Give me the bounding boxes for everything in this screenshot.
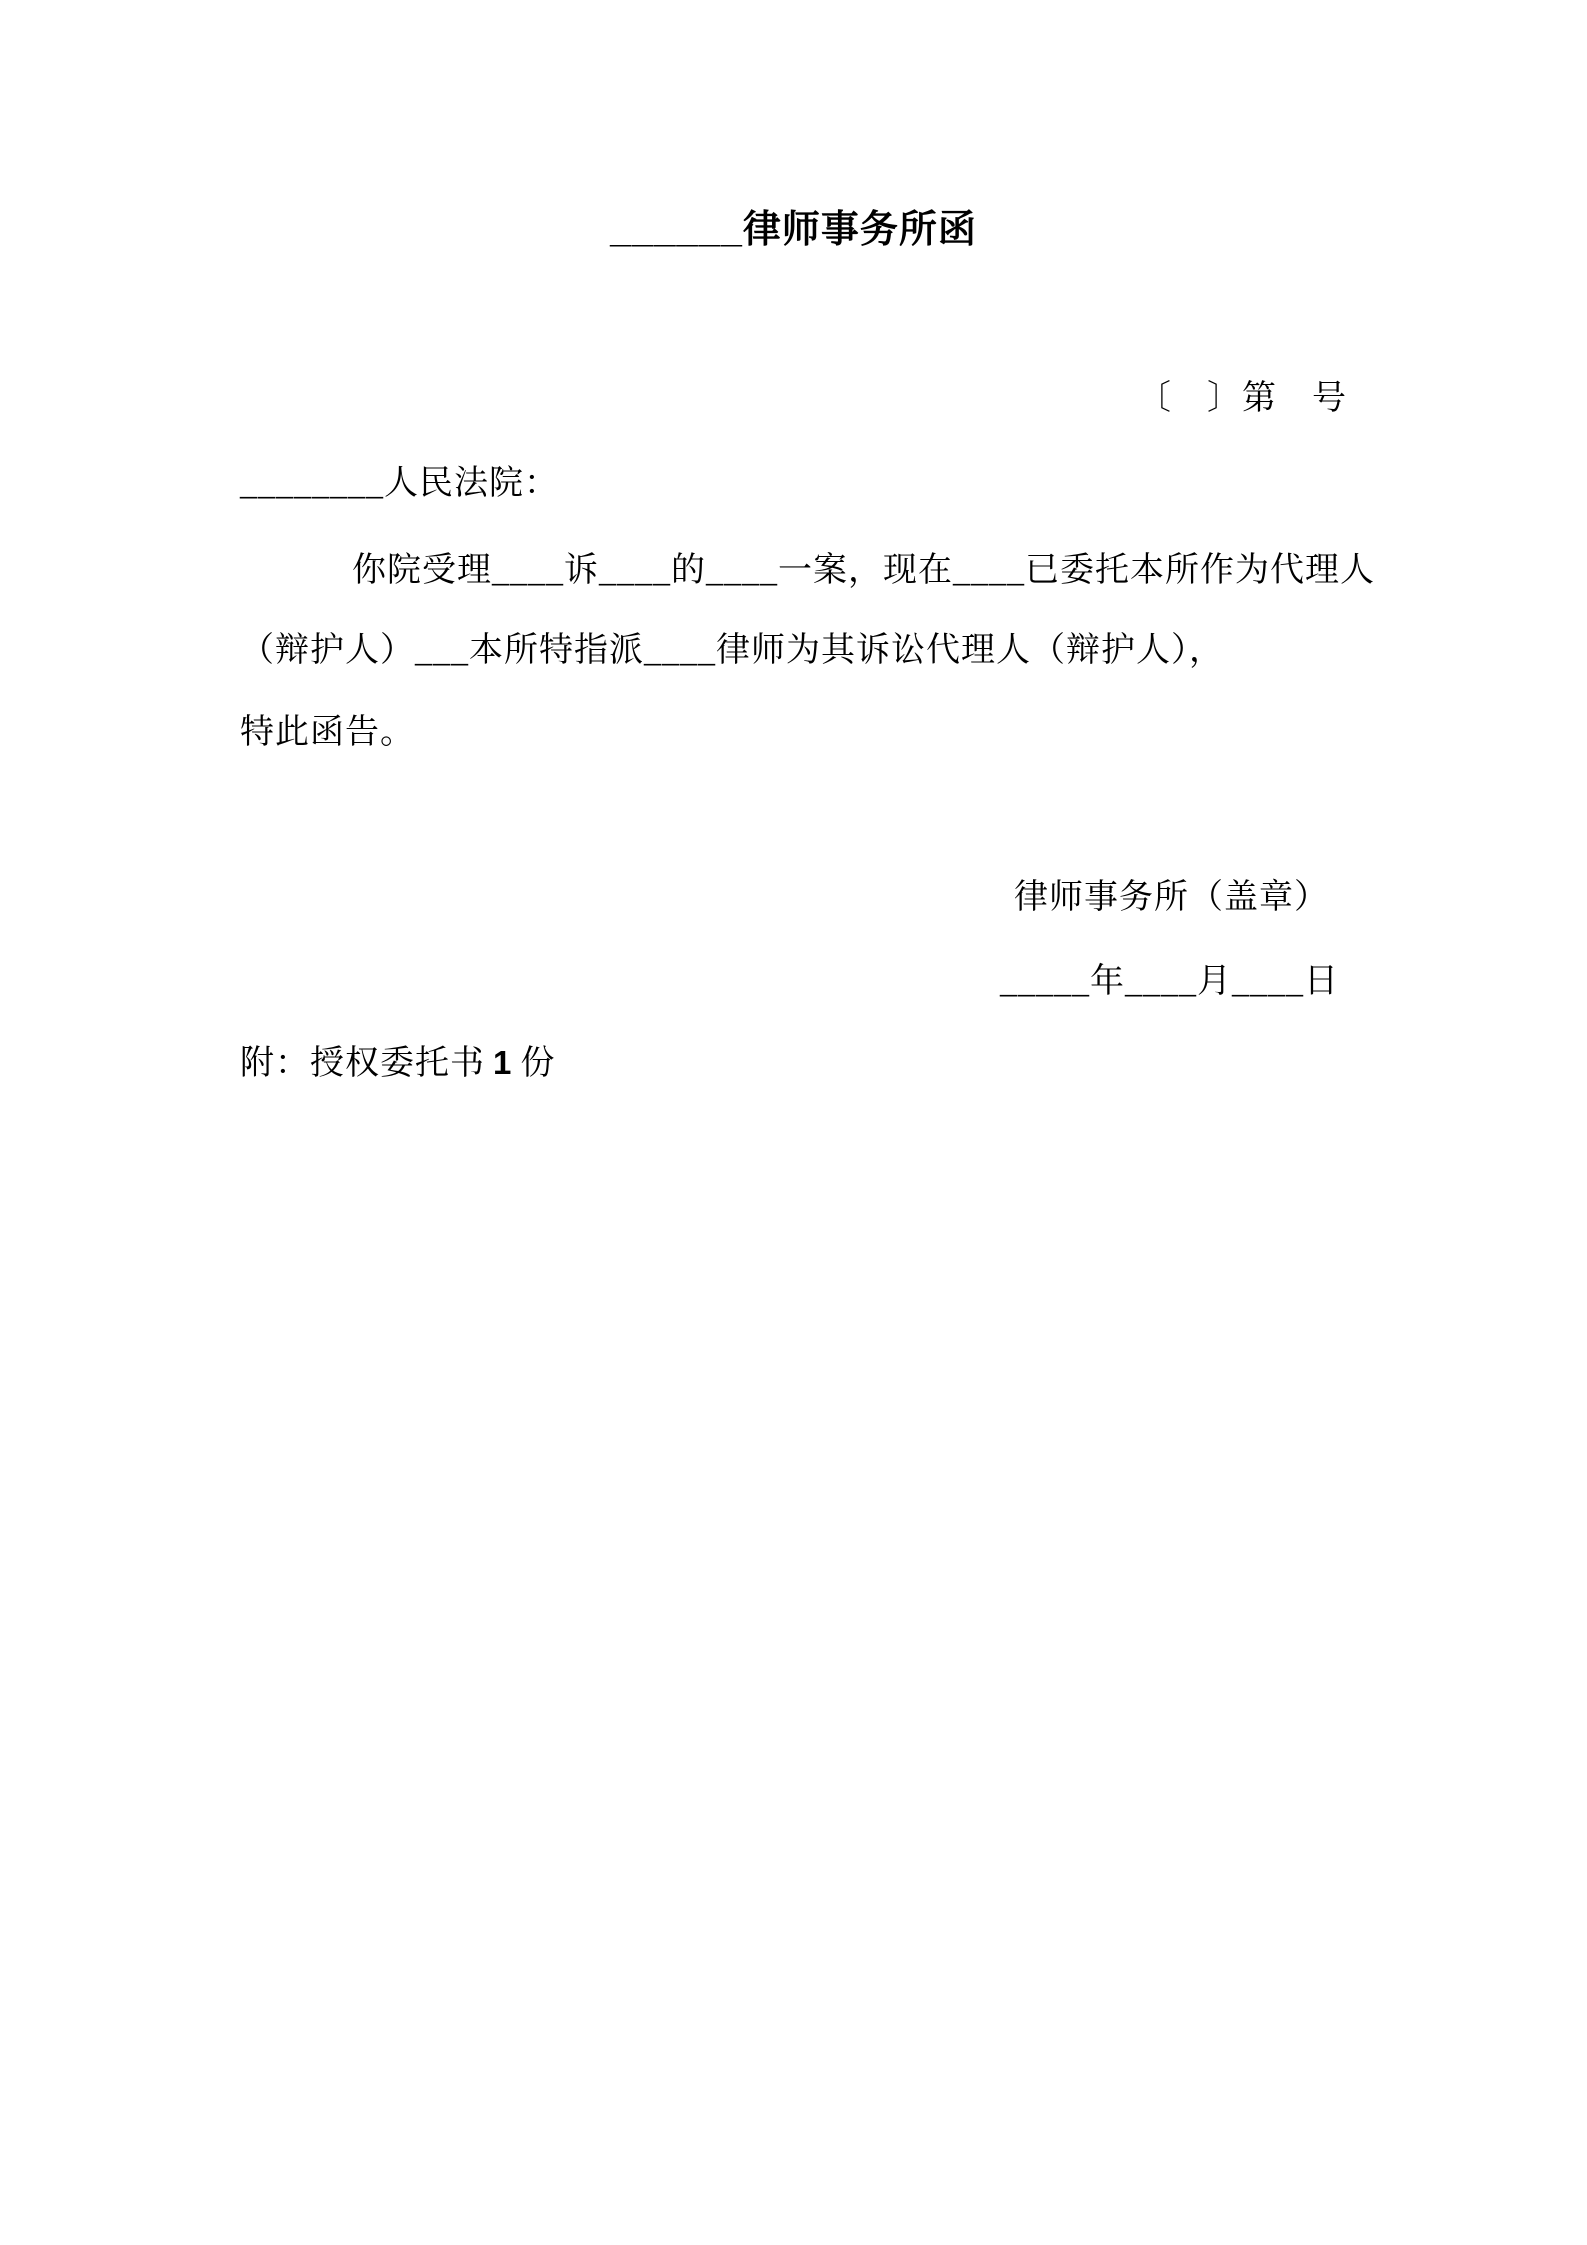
- signature-line: 律师事务所（盖章）: [240, 879, 1347, 916]
- attachment-count: 1: [493, 1044, 512, 1081]
- body-line-2: （辩护人）___本所特指派____律师为其诉讼代理人（辩护人），: [240, 632, 1347, 669]
- body-line-1: 你院受理____诉____的____一案，现在____已委托本所作为代理人: [240, 552, 1347, 589]
- document-title: ______律师事务所函: [240, 210, 1347, 252]
- attachment-unit: 份: [520, 1045, 555, 1082]
- letter-page: ______律师事务所函 〔 〕第 号 ________人民法院： 你院受理__…: [0, 0, 1587, 2245]
- attachment-line: 附：授权委托书1份: [240, 1045, 1347, 1082]
- court-address-line: ________人民法院：: [240, 465, 1347, 502]
- document-number-line: 〔 〕第 号: [240, 380, 1347, 417]
- date-line: _____年____月____日: [240, 963, 1347, 1000]
- body-line-3: 特此函告。: [240, 714, 1347, 751]
- attachment-text: 附：授权委托书: [240, 1045, 485, 1082]
